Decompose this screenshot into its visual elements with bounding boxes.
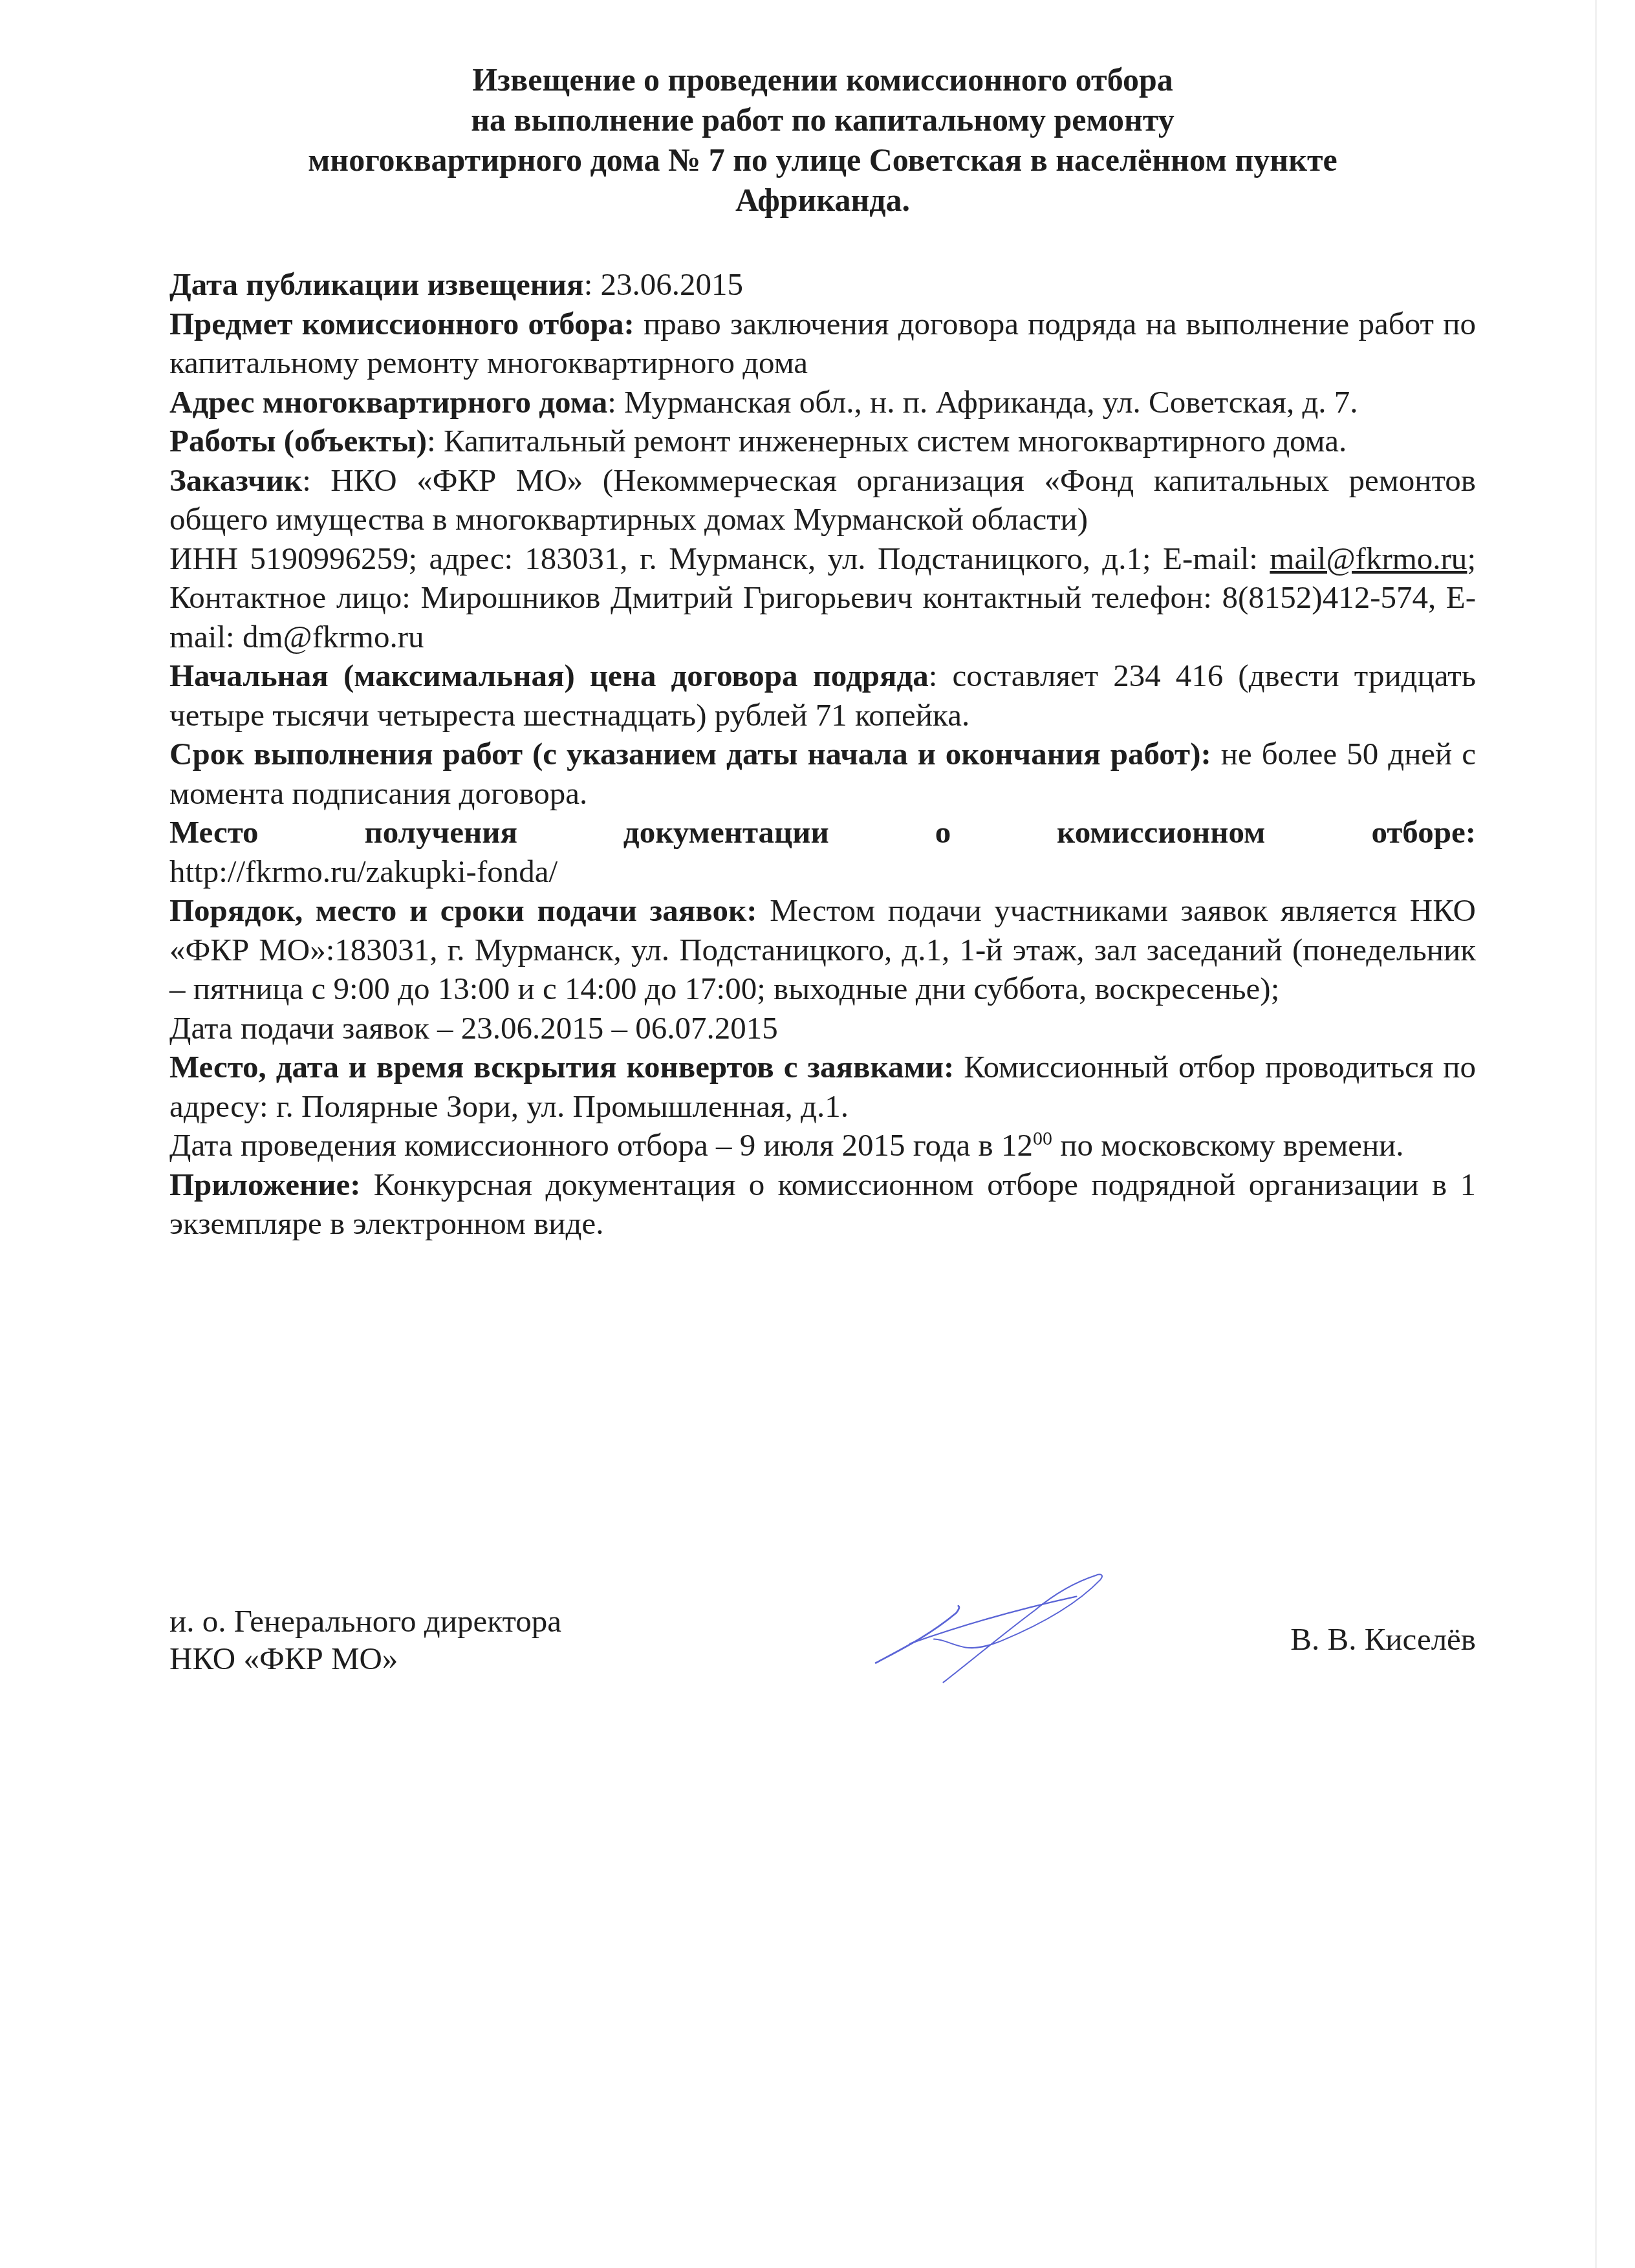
term-label: Срок выполнения работ (с указанием даты …: [169, 736, 1211, 772]
customer-details-paragraph: ИНН 5190996259; адрес: 183031, г. Мурман…: [169, 539, 1476, 657]
title-line-1: Извещение о проведении комиссионного отб…: [169, 59, 1476, 100]
address-separator: :: [607, 384, 624, 420]
price-label: Начальная (максимальная) цена договора п…: [169, 658, 929, 693]
address-label: Адрес многоквартирного дома: [169, 384, 607, 420]
signer-name: В. В. Киселёв: [1290, 1621, 1476, 1658]
signer-position-line-1: и. о. Генерального директора: [169, 1603, 561, 1640]
opening-label: Место, дата и время вскрытия конвертов с…: [169, 1049, 954, 1085]
signer-position-line-2: НКО «ФКР МО»: [169, 1640, 561, 1678]
publication-date-label: Дата публикации извещения: [169, 266, 584, 302]
title-line-4: Африканда.: [169, 180, 1476, 220]
address-paragraph: Адрес многоквартирного дома: Мурманская …: [169, 383, 1476, 422]
publication-date-paragraph: Дата публикации извещения: 23.06.2015: [169, 265, 1476, 305]
signer-position: и. о. Генерального директора НКО «ФКР МО…: [169, 1603, 561, 1678]
subject-paragraph: Предмет комиссионного отбора: право закл…: [169, 305, 1476, 383]
documentation-paragraph: Место получения документации о комиссион…: [169, 813, 1476, 891]
customer-details-text: ИНН 5190996259; адрес: 183031, г. Мурман…: [169, 541, 1270, 576]
document-title: Извещение о проведении комиссионного отб…: [169, 59, 1476, 220]
customer-paragraph: Заказчик: НКО «ФКР МО» (Некоммерческая о…: [169, 461, 1476, 539]
customer-email-link[interactable]: mail@fkrmo.ru: [1270, 541, 1467, 576]
documentation-url-link[interactable]: http://fkrmo.ru/zakupki-fonda/: [169, 854, 558, 889]
submission-label: Порядок, место и сроки подачи заявок:: [169, 892, 757, 928]
price-separator: :: [929, 658, 953, 693]
submission-dates-paragraph: Дата подачи заявок – 23.06.2015 – 06.07.…: [169, 1009, 1476, 1048]
publication-date-separator: :: [584, 266, 601, 302]
submission-paragraph: Порядок, место и сроки подачи заявок: Ме…: [169, 891, 1476, 1009]
handwritten-signature-icon: [854, 1552, 1138, 1707]
attachment-value: Конкурсная документация о комиссионном о…: [169, 1167, 1476, 1242]
works-paragraph: Работы (объекты): Капитальный ремонт инж…: [169, 422, 1476, 461]
works-value: Капитальный ремонт инженерных систем мно…: [444, 423, 1347, 459]
opening-time-minutes: 00: [1033, 1128, 1052, 1149]
attachment-label: Приложение:: [169, 1167, 361, 1202]
scan-edge-line: [1595, 0, 1597, 2268]
customer-value: НКО «ФКР МО» (Некоммерческая организация…: [169, 462, 1476, 537]
address-value: Мурманская обл., н. п. Африканда, ул. Со…: [624, 384, 1358, 420]
term-paragraph: Срок выполнения работ (с указанием даты …: [169, 735, 1476, 813]
works-separator: :: [427, 423, 444, 459]
title-line-2: на выполнение работ по капитальному ремо…: [169, 100, 1476, 140]
submission-dates: Дата подачи заявок – 23.06.2015 – 06.07.…: [169, 1010, 778, 1046]
title-line-3: многоквартирного дома № 7 по улице Совет…: [169, 140, 1476, 180]
subject-label: Предмет комиссионного отбора:: [169, 306, 634, 341]
document-body: Дата публикации извещения: 23.06.2015 Пр…: [169, 265, 1476, 1244]
opening-date-suffix: по московскому времени.: [1052, 1127, 1404, 1163]
opening-paragraph: Место, дата и время вскрытия конвертов с…: [169, 1048, 1476, 1126]
price-paragraph: Начальная (максимальная) цена договора п…: [169, 656, 1476, 735]
opening-date-paragraph: Дата проведения комиссионного отбора – 9…: [169, 1126, 1476, 1165]
opening-date-text: Дата проведения комиссионного отбора – 9…: [169, 1127, 1033, 1163]
attachment-paragraph: Приложение: Конкурсная документация о ко…: [169, 1165, 1476, 1244]
works-label: Работы (объекты): [169, 423, 427, 459]
customer-label: Заказчик: [169, 462, 302, 498]
publication-date-value: 23.06.2015: [601, 266, 744, 302]
documentation-label: Место получения документации о комиссион…: [169, 813, 1476, 852]
customer-separator: :: [302, 462, 330, 498]
